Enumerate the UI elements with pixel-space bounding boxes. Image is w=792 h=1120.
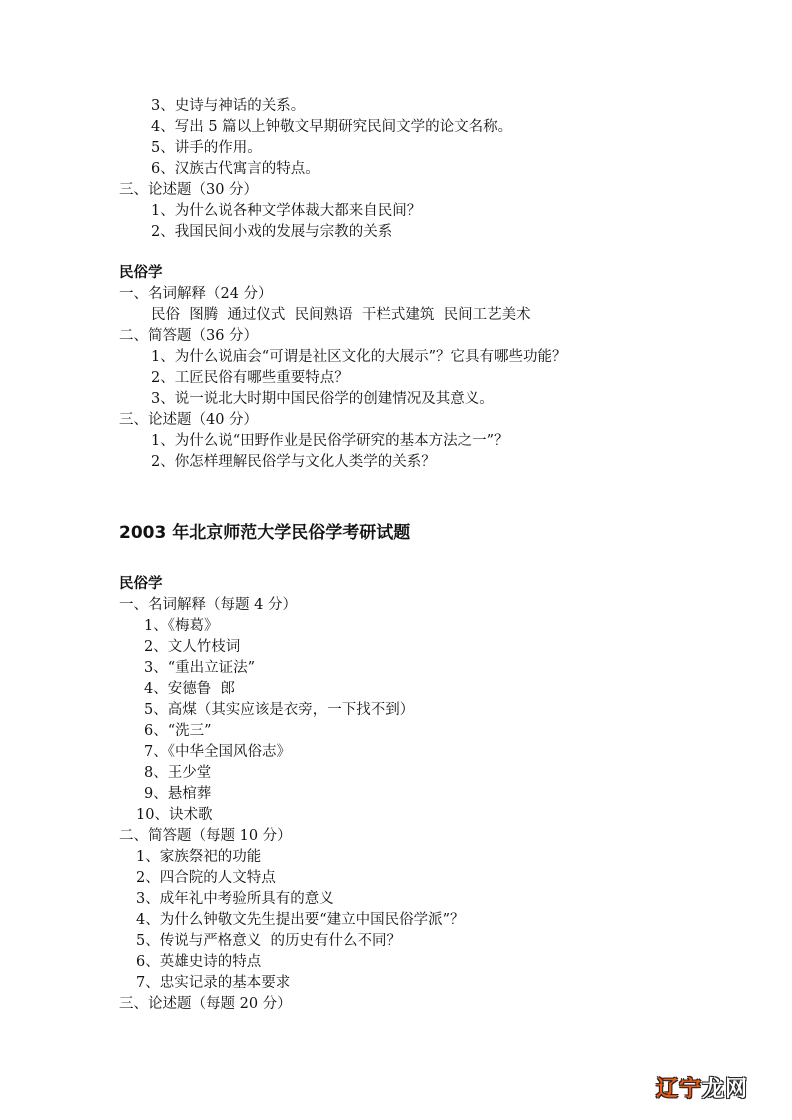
term-item: 6、“洗三” (144, 721, 212, 741)
watermark-text-white: 龙网 (702, 1077, 748, 1102)
question-item: 1、为什么说各种文学体裁大都来自民间？ (151, 201, 421, 221)
question-item: 5、讲手的作用。 (151, 138, 262, 158)
section-heading: 一、名词解释（24 分） (119, 284, 273, 304)
subject-heading: 民俗学 (119, 263, 163, 283)
section-heading: 二、简答题（每题 10 分） (119, 826, 292, 846)
term-item: 4、安德鲁 郎 (144, 679, 235, 699)
term-item: 7、《中华全国风俗志》 (144, 742, 291, 762)
question-item: 4、为什么钟敬文先生提出要“建立中国民俗学派”？ (136, 910, 465, 930)
subject-heading: 民俗学 (119, 574, 163, 594)
section-heading: 三、论述题（每题 20 分） (119, 994, 292, 1014)
question-item: 7、忠实记录的基本要求 (136, 973, 290, 993)
question-item: 3、史诗与神话的关系。 (151, 96, 305, 116)
question-item: 6、汉族古代寓言的特点。 (151, 159, 320, 179)
question-item: 3、说一说北大时期中国民俗学的创建情况及其意义。 (151, 389, 494, 409)
site-watermark-logo: 辽宁龙网 (656, 1072, 748, 1103)
term-item: 8、王少堂 (144, 763, 211, 783)
question-item: 1、为什么说庙会“可谓是社区文化的大展示”？它具有哪些功能？ (151, 347, 567, 367)
section-heading: 三、论述题（40 分） (119, 410, 258, 430)
section-heading: 一、名词解释（每题 4 分） (119, 595, 297, 615)
watermark-text-red: 辽宁 (656, 1077, 702, 1102)
question-item: 5、传说与严格意义 的历史有什么不同？ (136, 931, 401, 951)
question-item: 3、成年礼中考验所具有的意义 (136, 889, 334, 909)
exam-title: 2003 年北京师范大学民俗学考研试题 (119, 523, 410, 543)
question-item: 1、家族祭祀的功能 (136, 847, 261, 867)
question-item: 2、工匠民俗有哪些重要特点？ (151, 368, 349, 388)
term-item: 9、悬棺葬 (144, 784, 211, 804)
term-item: 3、“重出立证法” (144, 658, 255, 678)
term-item: 1、《梅葛》 (144, 616, 218, 636)
term-item: 10、诀术歌 (136, 805, 212, 825)
question-item: 4、写出 5 篇以上钟敬文早期研究民间文学的论文名称。 (151, 117, 512, 137)
section-heading: 三、论述题（30 分） (119, 180, 258, 200)
question-item: 2、四合院的人文特点 (136, 868, 276, 888)
question-item: 2、我国民间小戏的发展与宗教的关系 (151, 222, 392, 242)
terms-list: 民俗 图腾 通过仪式 民间熟语 干栏式建筑 民间工艺美术 (151, 305, 531, 325)
question-item: 2、你怎样理解民俗学与文化人类学的关系？ (151, 452, 436, 472)
term-item: 2、文人竹枝词 (144, 637, 240, 657)
question-item: 1、为什么说“田野作业是民俗学研究的基本方法之一”？ (151, 431, 509, 451)
question-item: 6、英雄史诗的特点 (136, 952, 261, 972)
section-heading: 二、简答题（36 分） (119, 326, 258, 346)
term-item: 5、高煤（其实应该是衣旁，一下找不到） (144, 700, 414, 720)
